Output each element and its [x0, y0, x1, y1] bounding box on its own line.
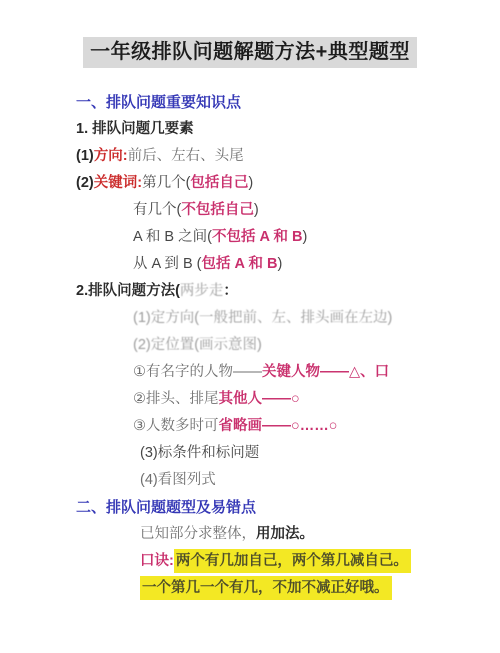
line-between-ab-segment-0: A 和 B 之间(	[133, 229, 212, 245]
line-part-whole-addition-segment-1: 用加法。	[256, 526, 314, 542]
line-mnemonic-2: 一个第几一个有几，不加不减正好哦。	[140, 575, 476, 602]
line-have-count-segment-2: )	[254, 202, 259, 218]
line-item2-head-tail: ②排头、排尾其他人——○	[133, 386, 476, 413]
line-between-ab-segment-1: 不包括 A 和 B	[212, 229, 303, 245]
line-keywords: (2)关键词:第几个(包括自己)	[76, 170, 476, 197]
document-page: 一年级排队问题解题方法+典型题型 一、排队问题重要知识点1. 排队问题几要素(1…	[0, 0, 500, 653]
title-row: 一年级排队问题解题方法+典型题型	[0, 0, 500, 68]
line-have-count-segment-1: 不包括自己	[181, 202, 254, 218]
line-item1-named-people: ①有名字的人物——关键人物——△、口	[133, 359, 476, 386]
subheading-elements: 1. 排队问题几要素	[76, 116, 476, 143]
line-direction-segment-1: 方向:	[94, 148, 128, 164]
heading-knowledge-points-segment-0: 一、排队问题重要知识点	[76, 94, 241, 111]
line-step1-direction-segment-0: (1)定方向(一般把前、左、排头画在左边)	[133, 310, 392, 326]
line-keywords-segment-1: 关键词:	[94, 175, 142, 191]
line-keywords-segment-2: 第几个(	[142, 175, 190, 191]
line-from-a-to-b-segment-2: )	[278, 256, 283, 272]
line-step4-equation: (4)看图列式	[140, 467, 476, 494]
line-step4-equation-segment-0: (4)看图列式	[140, 472, 216, 488]
line-item1-named-people-segment-0: ①有名字的人物——	[133, 364, 262, 380]
line-keywords-segment-0: (2)	[76, 175, 94, 191]
line-mnemonic-1: 口诀:两个有几加自己，两个第几减自己。	[140, 548, 476, 575]
line-from-a-to-b-segment-0: 从 A 到 B (	[133, 256, 202, 272]
line-have-count: 有几个(不包括自己)	[133, 197, 476, 224]
line-direction-segment-0: (1)	[76, 148, 94, 164]
line-direction-segment-2: 前后、左右、头尾	[128, 148, 244, 164]
line-step3-mark: (3)标条件和标问题	[140, 440, 476, 467]
line-from-a-to-b-segment-1: 包括 A 和 B	[202, 256, 278, 272]
subheading-method: 2.排队问题方法(两步走：	[76, 278, 476, 305]
line-between-ab: A 和 B 之间(不包括 A 和 B)	[133, 224, 476, 251]
line-part-whole-addition-segment-0: 已知部分求整体，	[140, 526, 256, 542]
subheading-method-segment-2: ：	[223, 283, 238, 299]
line-mnemonic-1-segment-1: 两个有几加自己，两个第几减自己。	[174, 549, 411, 573]
line-have-count-segment-0: 有几个(	[133, 202, 181, 218]
line-item3-omit: ③人数多时可省略画——○……○	[133, 413, 476, 440]
line-mnemonic-2-segment-0: 一个第几一个有几，不加不减正好哦。	[140, 576, 392, 600]
line-part-whole-addition: 已知部分求整体，用加法。	[140, 521, 476, 548]
heading-question-types: 二、排队问题题型及易错点	[76, 494, 476, 521]
line-item2-head-tail-segment-1: 其他人——○	[219, 391, 300, 407]
heading-question-types-segment-0: 二、排队问题题型及易错点	[76, 499, 256, 516]
line-keywords-segment-4: )	[248, 175, 253, 191]
document-content: 一、排队问题重要知识点1. 排队问题几要素(1)方向:前后、左右、头尾(2)关键…	[0, 89, 500, 602]
line-step2-position: (2)定位置(画示意图)	[133, 332, 476, 359]
line-direction: (1)方向:前后、左右、头尾	[76, 143, 476, 170]
line-item3-omit-segment-1: 省略画——○……○	[219, 418, 338, 434]
heading-knowledge-points: 一、排队问题重要知识点	[76, 89, 476, 116]
document-title: 一年级排队问题解题方法+典型题型	[83, 37, 417, 68]
line-keywords-segment-3: 包括自己	[190, 175, 248, 191]
line-item3-omit-segment-0: ③人数多时可	[133, 418, 219, 434]
line-step3-mark-segment-0: (3)标条件和标问题	[140, 445, 259, 461]
line-step2-position-segment-0: (2)定位置(画示意图)	[133, 337, 262, 353]
line-step1-direction: (1)定方向(一般把前、左、排头画在左边)	[133, 305, 476, 332]
line-between-ab-segment-2: )	[302, 229, 307, 245]
line-item1-named-people-segment-1: 关键人物——△、口	[262, 364, 389, 380]
subheading-elements-segment-0: 1. 排队问题几要素	[76, 121, 194, 137]
subheading-method-segment-0: 2.排队问题方法(	[76, 283, 180, 299]
line-item2-head-tail-segment-0: ②排头、排尾	[133, 391, 219, 407]
line-mnemonic-1-segment-0: 口诀:	[140, 553, 174, 569]
line-from-a-to-b: 从 A 到 B (包括 A 和 B)	[133, 251, 476, 278]
subheading-method-segment-1: 两步走	[180, 283, 224, 299]
